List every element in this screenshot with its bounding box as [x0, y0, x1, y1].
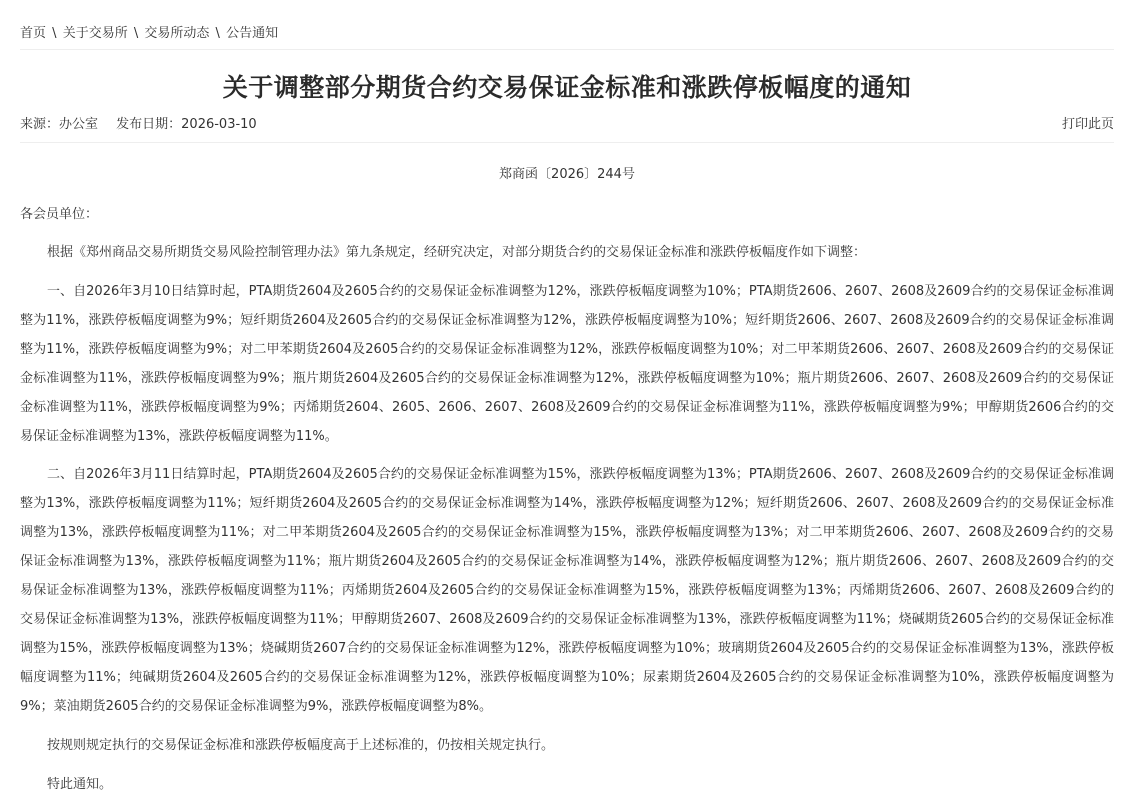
breadcrumb: 首页 \ 关于交易所 \ 交易所动态 \ 公告通知 — [20, 0, 1114, 50]
document-number: 郑商函〔2026〕244号 — [20, 165, 1114, 185]
breadcrumb-separator: \ — [216, 26, 220, 41]
paragraph-item-1: 一、自2026年3月10日结算时起，PTA期货2604及2605合约的交易保证金… — [20, 277, 1114, 451]
salutation: 各会员单位： — [20, 205, 1114, 225]
paragraph-closing: 特此通知。 — [20, 770, 1114, 796]
article-meta: 来源：办公室 发布日期：2026-03-10 打印此页 — [20, 113, 1114, 143]
breadcrumb-announcements[interactable]: 公告通知 — [226, 26, 278, 41]
page-title: 关于调整部分期货合约交易保证金标准和涨跌停板幅度的通知 — [20, 68, 1114, 108]
meta-info: 来源：办公室 发布日期：2026-03-10 — [20, 113, 271, 137]
breadcrumb-separator: \ — [52, 26, 56, 41]
paragraph-item-2: 二、自2026年3月11日结算时起，PTA期货2604及2605合约的交易保证金… — [20, 460, 1114, 721]
breadcrumb-separator: \ — [134, 26, 138, 41]
breadcrumb-exchange-news[interactable]: 交易所动态 — [144, 26, 209, 41]
notice-page: 首页 \ 关于交易所 \ 交易所动态 \ 公告通知 关于调整部分期货合约交易保证… — [20, 0, 1114, 796]
breadcrumb-about-exchange[interactable]: 关于交易所 — [63, 26, 128, 41]
paragraph-intro: 根据《郑州商品交易所期货交易风险控制管理办法》第九条规定，经研究决定，对部分期货… — [20, 238, 1114, 267]
article-source: 来源：办公室 — [20, 117, 98, 132]
paragraph-note: 按规则规定执行的交易保证金标准和涨跌停板幅度高于上述标准的，仍按相关规定执行。 — [20, 731, 1114, 760]
print-page-link[interactable]: 打印此页 — [1062, 113, 1114, 137]
publish-date: 发布日期：2026-03-10 — [116, 117, 257, 132]
breadcrumb-home[interactable]: 首页 — [20, 26, 46, 41]
